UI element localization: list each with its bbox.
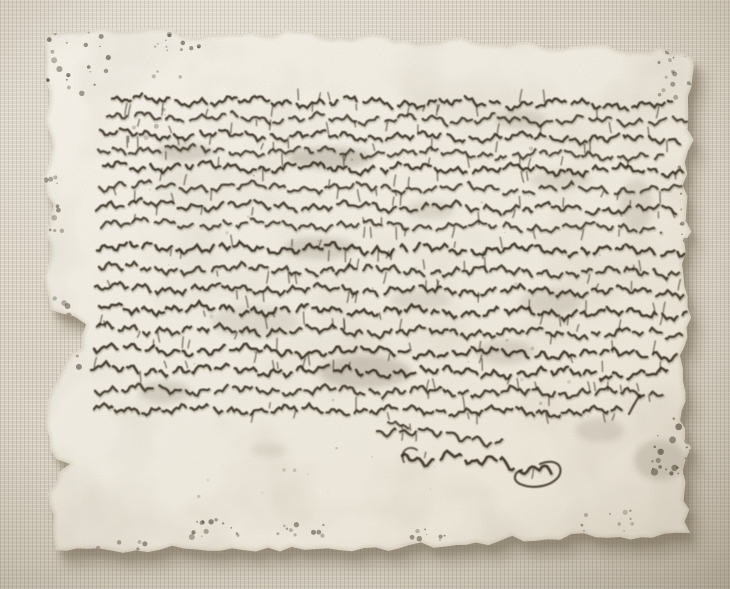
- manuscript-scan: Photograph of a 16th-century handwritten…: [0, 0, 730, 589]
- manuscript-image: [0, 0, 730, 589]
- photo-grain: [0, 0, 730, 589]
